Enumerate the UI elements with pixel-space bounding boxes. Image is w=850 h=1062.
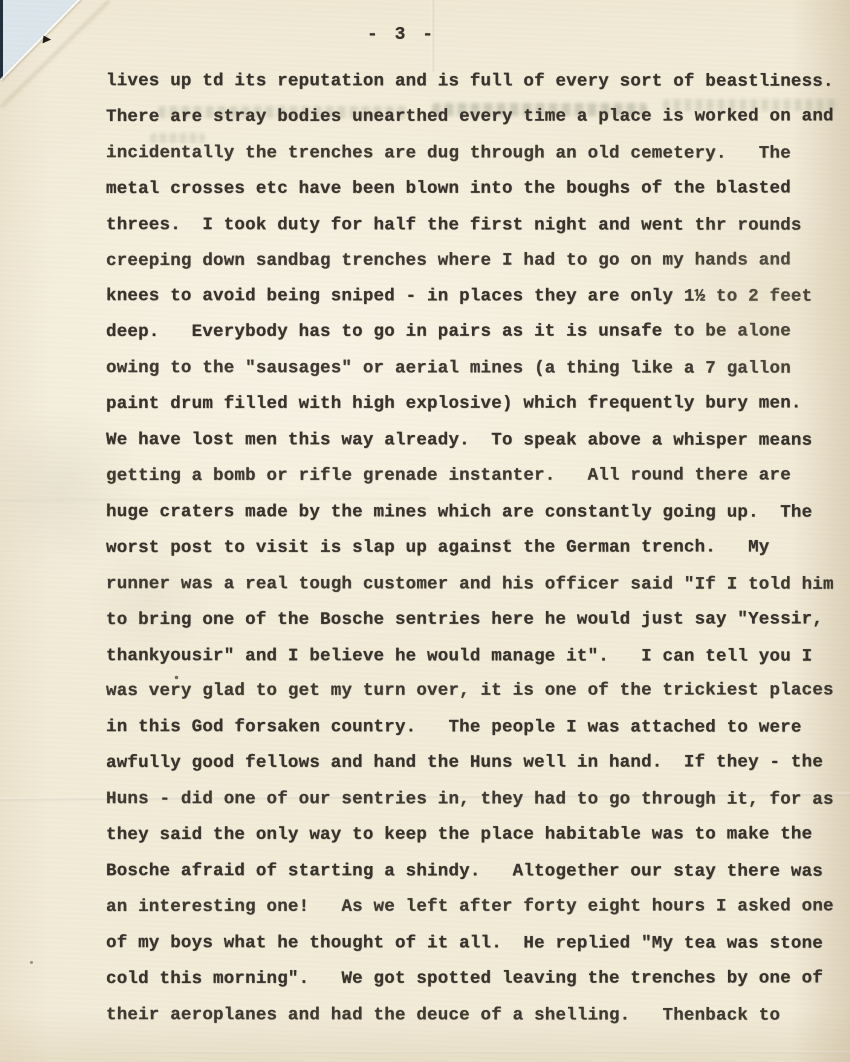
bottom-crease (110, 1051, 850, 1053)
letter-line: Bosche afraid of starting a shindy. Alto… (106, 854, 850, 891)
letter-body: lives up td its reputation and is full o… (106, 64, 850, 1033)
letter-line: in this God forsaken country. The people… (106, 710, 850, 747)
letter-line: Huns - did one of our sentries in, they … (106, 782, 850, 819)
page-number: - 3 - (367, 25, 436, 45)
letter-line: There are stray bodies unearthed every t… (106, 99, 850, 136)
letter-line: an interesting one! As we left after for… (106, 889, 850, 926)
letter-line: their aeroplanes and had the deuce of a … (106, 998, 850, 1035)
letter-line: deep. Everybody has to go in pairs as it… (106, 315, 850, 352)
letter-line: thankyousir" and I believe he would mana… (106, 639, 850, 676)
letter-line: worst post to visit is slap up against t… (106, 530, 850, 567)
corner-arrow-mark (42, 35, 51, 44)
letter-line: awfully good fellows and hand the Huns w… (106, 746, 850, 783)
letter-line: We have lost men this way already. To sp… (106, 423, 850, 460)
letter-line: was very glad to get my turn over, it is… (106, 674, 850, 711)
letter-line: cold this morning". We got spotted leavi… (106, 961, 850, 998)
letter-line: creeping down sandbag trenches where I h… (106, 243, 850, 280)
scanned-letter-page: - 3 - lives up td its reputation and is … (0, 0, 850, 1062)
letter-line: incidentally the trenches are dug throug… (106, 136, 850, 173)
letter-line: of my boys what he thought of it all. He… (106, 926, 850, 963)
letter-line: threes. I took duty for half the first n… (106, 208, 850, 245)
letter-line: paint drum filled with high explosive) w… (106, 387, 850, 424)
letter-line: runner was a real tough customer and his… (106, 567, 850, 604)
letter-line: metal crosses etc have been blown into t… (106, 171, 850, 208)
letter-line: huge craters made by the mines which are… (106, 495, 850, 532)
letter-line: getting a bomb or rifle grenade instante… (106, 458, 850, 495)
letter-line: to bring one of the Bosche sentries here… (106, 602, 850, 639)
corner-dark-edge (0, 0, 3, 79)
letter-line: owing to the "sausages" or aerial mines … (106, 351, 850, 388)
letter-line: knees to avoid being sniped - in places … (106, 280, 850, 317)
letter-line: lives up td its reputation and is full o… (106, 64, 850, 101)
letter-line: they said the only way to keep the place… (106, 817, 850, 854)
ink-specks (0, 0, 1, 1)
